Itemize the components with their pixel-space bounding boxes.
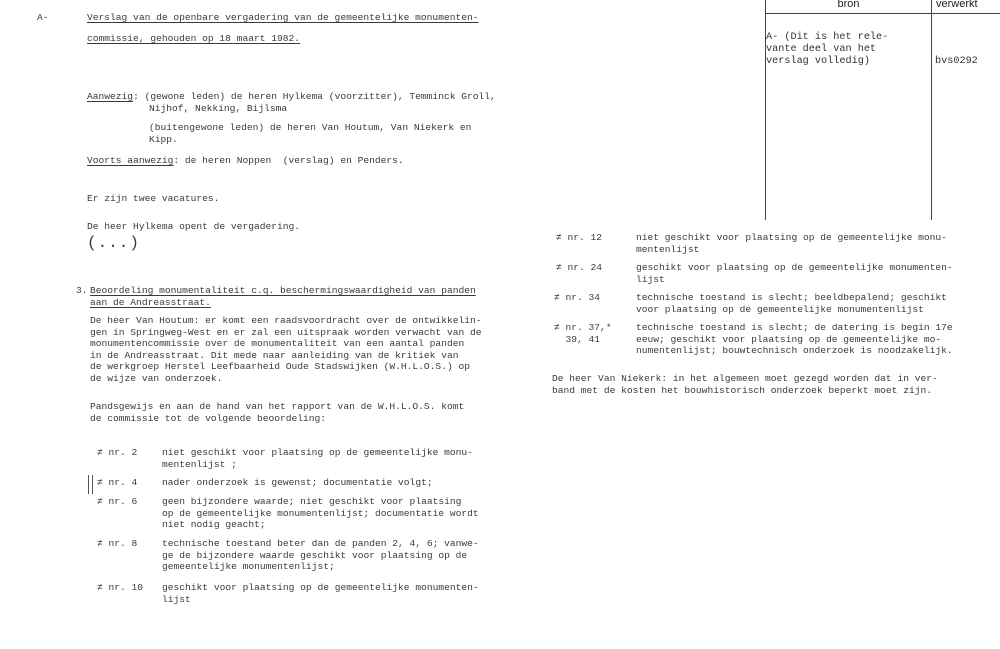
section-heading-line1: Beoordeling monumentaliteit c.q. bescher… [90,285,476,297]
document-title-line1: Verslag van de openbare vergadering van … [87,12,479,24]
also-present-label: Voorts aanwezig [87,155,173,166]
present-line1: : (gewone leden) de heren Hylkema (voorz… [133,91,496,102]
attendance-also: Voorts aanwezig: de heren Noppen (versla… [87,155,404,167]
paragraph-line: De heer Van Houtum: er komt een raadsvoo… [90,315,482,327]
present-line2: Nijhof, Nekking, Bijlsma [149,103,287,115]
item-number: ≠ nr. 4 [97,477,137,489]
item-description: geschikt voor plaatsing op de gemeenteli… [636,262,953,285]
item-description: technische toestand is slecht; de dateri… [636,322,953,357]
paragraph-line: de wijze van onderzoek. [90,373,482,385]
item-description: technische toestand beter dan de panden … [162,538,479,573]
item-number: ≠ nr. 37,* 39, 41 [554,322,612,345]
item-number: ≠ nr. 24 [556,262,602,274]
item-description: technische toestand is slecht; beeldbepa… [636,292,947,315]
source-note: A- (Dit is het rele- vante deel van het … [766,32,930,68]
column-verwerkt: verwerkt [936,0,978,11]
source-table-header: bron verwerkt [766,0,1000,14]
item-description: geen bijzondere waarde; niet geschikt vo… [162,496,479,531]
item-number: ≠ nr. 6 [97,496,137,508]
paragraph-line: Pandsgewijs en aan de hand van het rappo… [90,401,464,413]
paragraph-line: de commissie tot de volgende beoordeling… [90,413,464,425]
paragraph-van-niekerk: De heer Van Niekerk: in het algemeen moe… [552,373,938,396]
item-description: niet geschikt voor plaatsing op de gemee… [636,232,947,255]
attendance-present: Aanwezig: (gewone leden) de heren Hylkem… [87,91,496,103]
present-label: Aanwezig [87,91,133,102]
paragraph-line: gen in Springweg-West en er zal een uits… [90,327,482,339]
revision-bar [88,475,93,494]
item-number: ≠ nr. 12 [556,232,602,244]
item-number: ≠ nr. 34 [554,292,600,304]
item-description: geschikt voor plaatsing op de gemeenteli… [162,582,479,605]
item-description: nader onderzoek is gewenst; documentatie… [162,477,433,489]
paragraph-line: De heer Van Niekerk: in het algemeen moe… [552,373,938,385]
paragraph-line: monumentencommissie over de monumentalit… [90,338,482,350]
source-table: bron verwerkt A- (Dit is het rele- vante… [765,0,1000,220]
opening-text: De heer Hylkema opent de vergadering. [87,221,300,233]
item-description: niet geschikt voor plaatsing op de gemee… [162,447,473,470]
extra-members-line2: Kipp. [149,134,178,146]
item-number: ≠ nr. 2 [97,447,137,459]
vacancies-text: Er zijn twee vacatures. [87,193,219,205]
extra-members-line1: (buitengewone leden) de heren Van Houtum… [149,122,471,134]
section-number: 3. [76,285,88,297]
also-present-text: : de heren Noppen (verslag) en Penders. [173,155,403,166]
processed-code: bvs0292 [935,56,978,68]
section-heading-line2: aan de Andreasstraat. [90,297,211,309]
document-title-line2: commissie, gehouden op 18 maart 1982. [87,33,300,45]
paragraph-line: band met de kosten het bouwhistorisch on… [552,385,938,397]
paragraph-line: de werkgroep Herstel Leefbaarheid Oude S… [90,361,482,373]
column-bron: bron [766,0,931,11]
item-number: ≠ nr. 10 [97,582,143,594]
paragraph-line: in de Andreasstraat. Dit mede naar aanle… [90,350,482,362]
section-marker: A- [37,12,49,24]
paragraph-van-houtum: De heer Van Houtum: er komt een raadsvoo… [90,315,482,385]
item-number: ≠ nr. 8 [97,538,137,550]
omission-marker: (...) [87,238,140,250]
paragraph-assessment-intro: Pandsgewijs en aan de hand van het rappo… [90,401,464,424]
column-divider [931,0,932,220]
